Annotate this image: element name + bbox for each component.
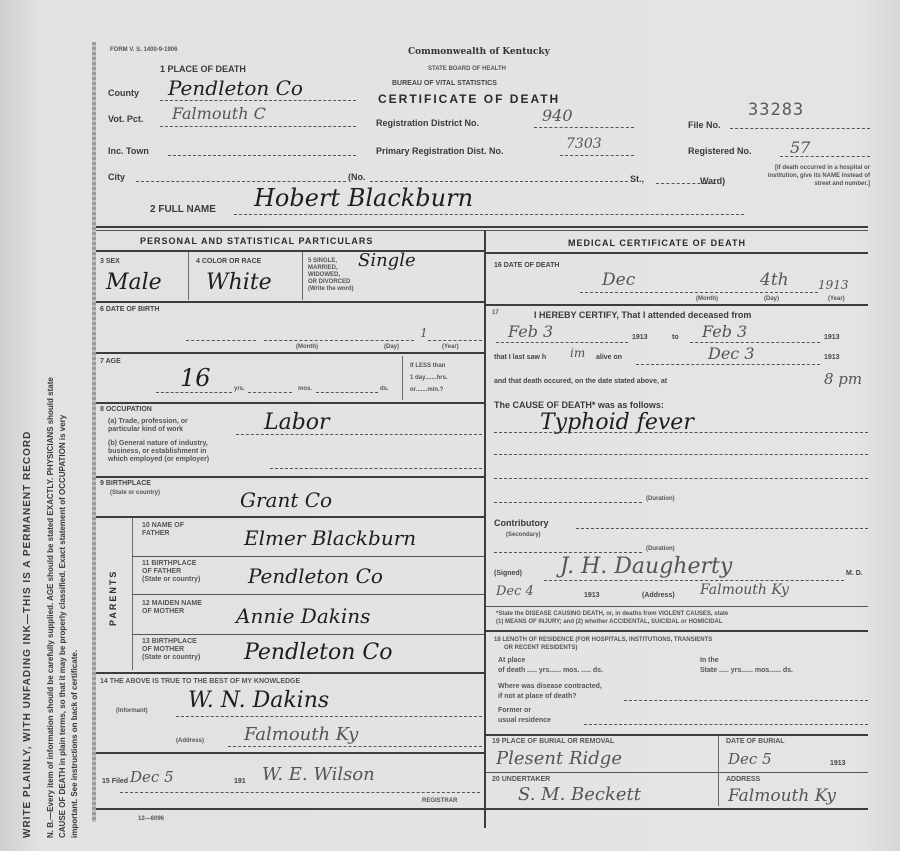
father-birthplace-label: 11 BIRTHPLACE OF FATHER (State or countr… [142,560,200,584]
undertaker-value: S. M. Beckett [518,784,641,805]
filed-label: 15 Filed [102,778,128,785]
to-label: to [672,334,679,341]
residence-in-state: In the State ..... yrs...... mos...... d… [700,656,793,676]
cause-footnote: *State the DISEASE CAUSING DEATH, or, in… [496,610,728,626]
full-name-label: 2 FULL NAME [150,204,216,215]
dod-day-label: (Day) [764,296,779,302]
st-label: St., [630,174,644,184]
occupation-b-label: (b) General nature of industry, business… [108,440,209,464]
certify-text: I HEREBY CERTIFY, That I attended deceas… [534,310,751,320]
signed-address-value: Falmouth Ky [700,582,789,598]
city-label: City [108,172,125,182]
occupation-label: 8 OCCUPATION [100,406,152,413]
commonwealth-title: Commonwealth of Kentucky [408,47,550,57]
last-saw-date: Dec 3 [708,344,755,363]
death-certificate-scan: WRITE PLAINLY, WITH UNFADING INK—THIS IS… [0,0,900,851]
burial-place-value: Plesent Ridge [496,748,622,769]
dod-label: 16 DATE OF DEATH [494,262,559,269]
registrar-label: REGISTRAR [422,798,457,804]
certify-number: 17 [492,310,499,316]
age-yrs-label: yrs. [234,386,245,392]
undertaker-label: 20 UNDERTAKER [492,776,550,783]
less-than-day: If LESS than 1 day.......hrs. or.......m… [410,360,448,396]
signed-label: (Signed) [494,570,522,577]
margin-divider [92,42,96,822]
vot-pct-value: Falmouth C [172,104,266,123]
burial-date-value: Dec 5 [728,750,772,768]
birthplace-sub: (State or country) [110,490,160,496]
physician-signature: J. H. Daugherty [560,554,732,579]
primary-reg-value: 7303 [566,136,602,152]
disease-contracted: Where was disease contracted, if not at … [498,682,602,702]
undertaker-address-value: Falmouth Ky [728,786,836,806]
county-value: Pendleton Co [168,76,303,100]
dod-month-label: (Month) [696,296,718,302]
reg-district-value: 940 [542,106,573,125]
age-value: 16 [180,364,211,392]
margin-note-3: important. See instructions on back of c… [70,650,79,838]
form-footer: 12—6096 [138,816,164,822]
mother-name-label: 12 MAIDEN NAME OF MOTHER [142,600,202,616]
informant-heading: 14 THE ABOVE IS TRUE TO THE BEST OF MY K… [100,678,300,685]
signed-address-label: (Address) [642,592,675,599]
margin-note-1: N. B.—Every item of information should b… [46,377,55,838]
margin-write-plainly: WRITE PLAINLY, WITH UNFADING INK—THIS IS… [22,431,33,838]
color-value: White [206,270,272,295]
county-label: County [108,88,139,98]
undertaker-address-label: ADDRESS [726,776,760,783]
dob-day-label: (Day) [384,344,399,350]
father-birthplace-value: Pendleton Co [248,564,383,588]
residence-at-place: At place of death ..... yrs...... mos. .… [498,656,603,676]
last-saw-label: that I last saw h [494,354,546,361]
alive-on-label: alive on [596,354,622,361]
occupation-a-label: (a) Trade, profession, or particular kin… [108,418,188,434]
form-number: FORM V. S. 1400-9-1906 [110,47,177,53]
signed-date: Dec 4 [496,584,534,599]
father-name-value: Elmer Blackburn [244,526,416,550]
dob-label: 6 DATE OF BIRTH [100,306,159,313]
father-name-label: 10 NAME OF FATHER [142,522,184,538]
dod-month: Dec [602,270,635,290]
mother-birthplace-label: 13 BIRTHPLACE OF MOTHER (State or countr… [142,638,200,662]
attended-from: Feb 3 [508,322,553,341]
full-name-value: Hobert Blackburn [254,184,473,212]
medical-section-heading: MEDICAL CERTIFICATE OF DEATH [568,238,746,248]
color-label: 4 COLOR OR RACE [196,258,261,265]
filed-value: Dec 5 [130,768,174,786]
former-residence: Former or usual residence [498,706,551,726]
md-label: M. D. [846,570,863,577]
vot-pct-label: Vot. Pct. [108,114,143,124]
duration-label-2: (Duration) [646,546,675,552]
personal-section-heading: PERSONAL AND STATISTICAL PARTICULARS [140,236,373,246]
attended-to: Feb 3 [702,322,747,341]
dob-year-label: (Year) [442,344,459,350]
marital-label: 5 SINGLE, MARRIED, WIDOWED, OR DIVORCED … [308,258,354,293]
death-occurred-label: and that death occured, on the date stat… [494,378,667,385]
informant-value: W. N. Dakins [188,688,329,713]
margin-note-2: CAUSE OF DEATH in plain terms, so that i… [58,415,67,838]
street-no-label: (No. [348,172,366,182]
contributory-label: Contributory [494,518,549,528]
mother-name-value: Annie Dakins [236,604,370,628]
certificate-title: CERTIFICATE OF DEATH [378,92,560,106]
duration-label-1: (Duration) [646,496,675,502]
secondary-label: (Secondary) [506,532,541,538]
parents-label: PARENTS [108,570,118,626]
dod-day: 4th [760,270,789,290]
attended-to-year: 1913 [824,334,840,341]
death-time: 8 pm [824,370,862,388]
age-label: 7 AGE [100,358,121,365]
registered-no-label: Registered No. [688,146,752,156]
registered-no-value: 57 [790,138,810,157]
place-of-death-heading: 1 PLACE OF DEATH [160,64,246,74]
inc-town-label: Inc. Town [108,146,149,156]
attended-from-year: 1913 [632,334,648,341]
signed-year: 1913 [584,592,600,599]
marital-value: Single [358,250,416,271]
dob-year-value: 1 [420,326,428,340]
informant-address-value: Falmouth Ky [244,724,358,745]
registrar-signature: W. E. Wilson [262,764,375,785]
file-no-label: File No. [688,120,721,130]
margin-instructions: WRITE PLAINLY, WITH UNFADING INK—THIS IS… [0,30,96,830]
cause-label: The CAUSE OF DEATH* was as follows: [494,400,664,410]
last-saw-year: 1913 [824,354,840,361]
dod-year-label: (Year) [828,296,845,302]
mother-birthplace-value: Pendleton Co [244,640,392,665]
sex-value: Male [106,270,162,295]
birthplace-value: Grant Co [240,488,332,512]
burial-date-label: DATE OF BURIAL [726,738,785,745]
age-ds-label: ds. [380,386,389,392]
file-no-value: 33283 [748,100,804,120]
occupation-value: Labor [264,410,330,435]
board-of-health: STATE BOARD OF HEALTH [428,66,506,72]
reg-district-label: Registration District No. [376,118,479,128]
dod-year: 1913 [818,278,849,292]
dob-month-label: (Month) [296,344,318,350]
last-saw-him: im [570,346,585,360]
hospital-note: [If death occurred in a hospital or inst… [760,164,870,188]
age-mos-label: mos. [298,386,312,392]
sex-label: 3 SEX [100,258,120,265]
primary-reg-label: Primary Registration Dist. No. [376,146,504,156]
informant-address-label: (Address) [176,738,204,744]
ward-label: Ward) [700,176,725,186]
bureau-vital-statistics: BUREAU OF VITAL STATISTICS [392,80,497,87]
filed-year: 191 [234,778,246,785]
burial-year: 1913 [830,760,846,767]
informant-label: (Informant) [116,708,148,714]
residence-heading: 18 LENGTH OF RESIDENCE (FOR HOSPITALS, I… [494,636,712,652]
birthplace-label: 9 BIRTHPLACE [100,480,151,487]
burial-place-label: 19 PLACE OF BURIAL OR REMOVAL [492,738,614,745]
